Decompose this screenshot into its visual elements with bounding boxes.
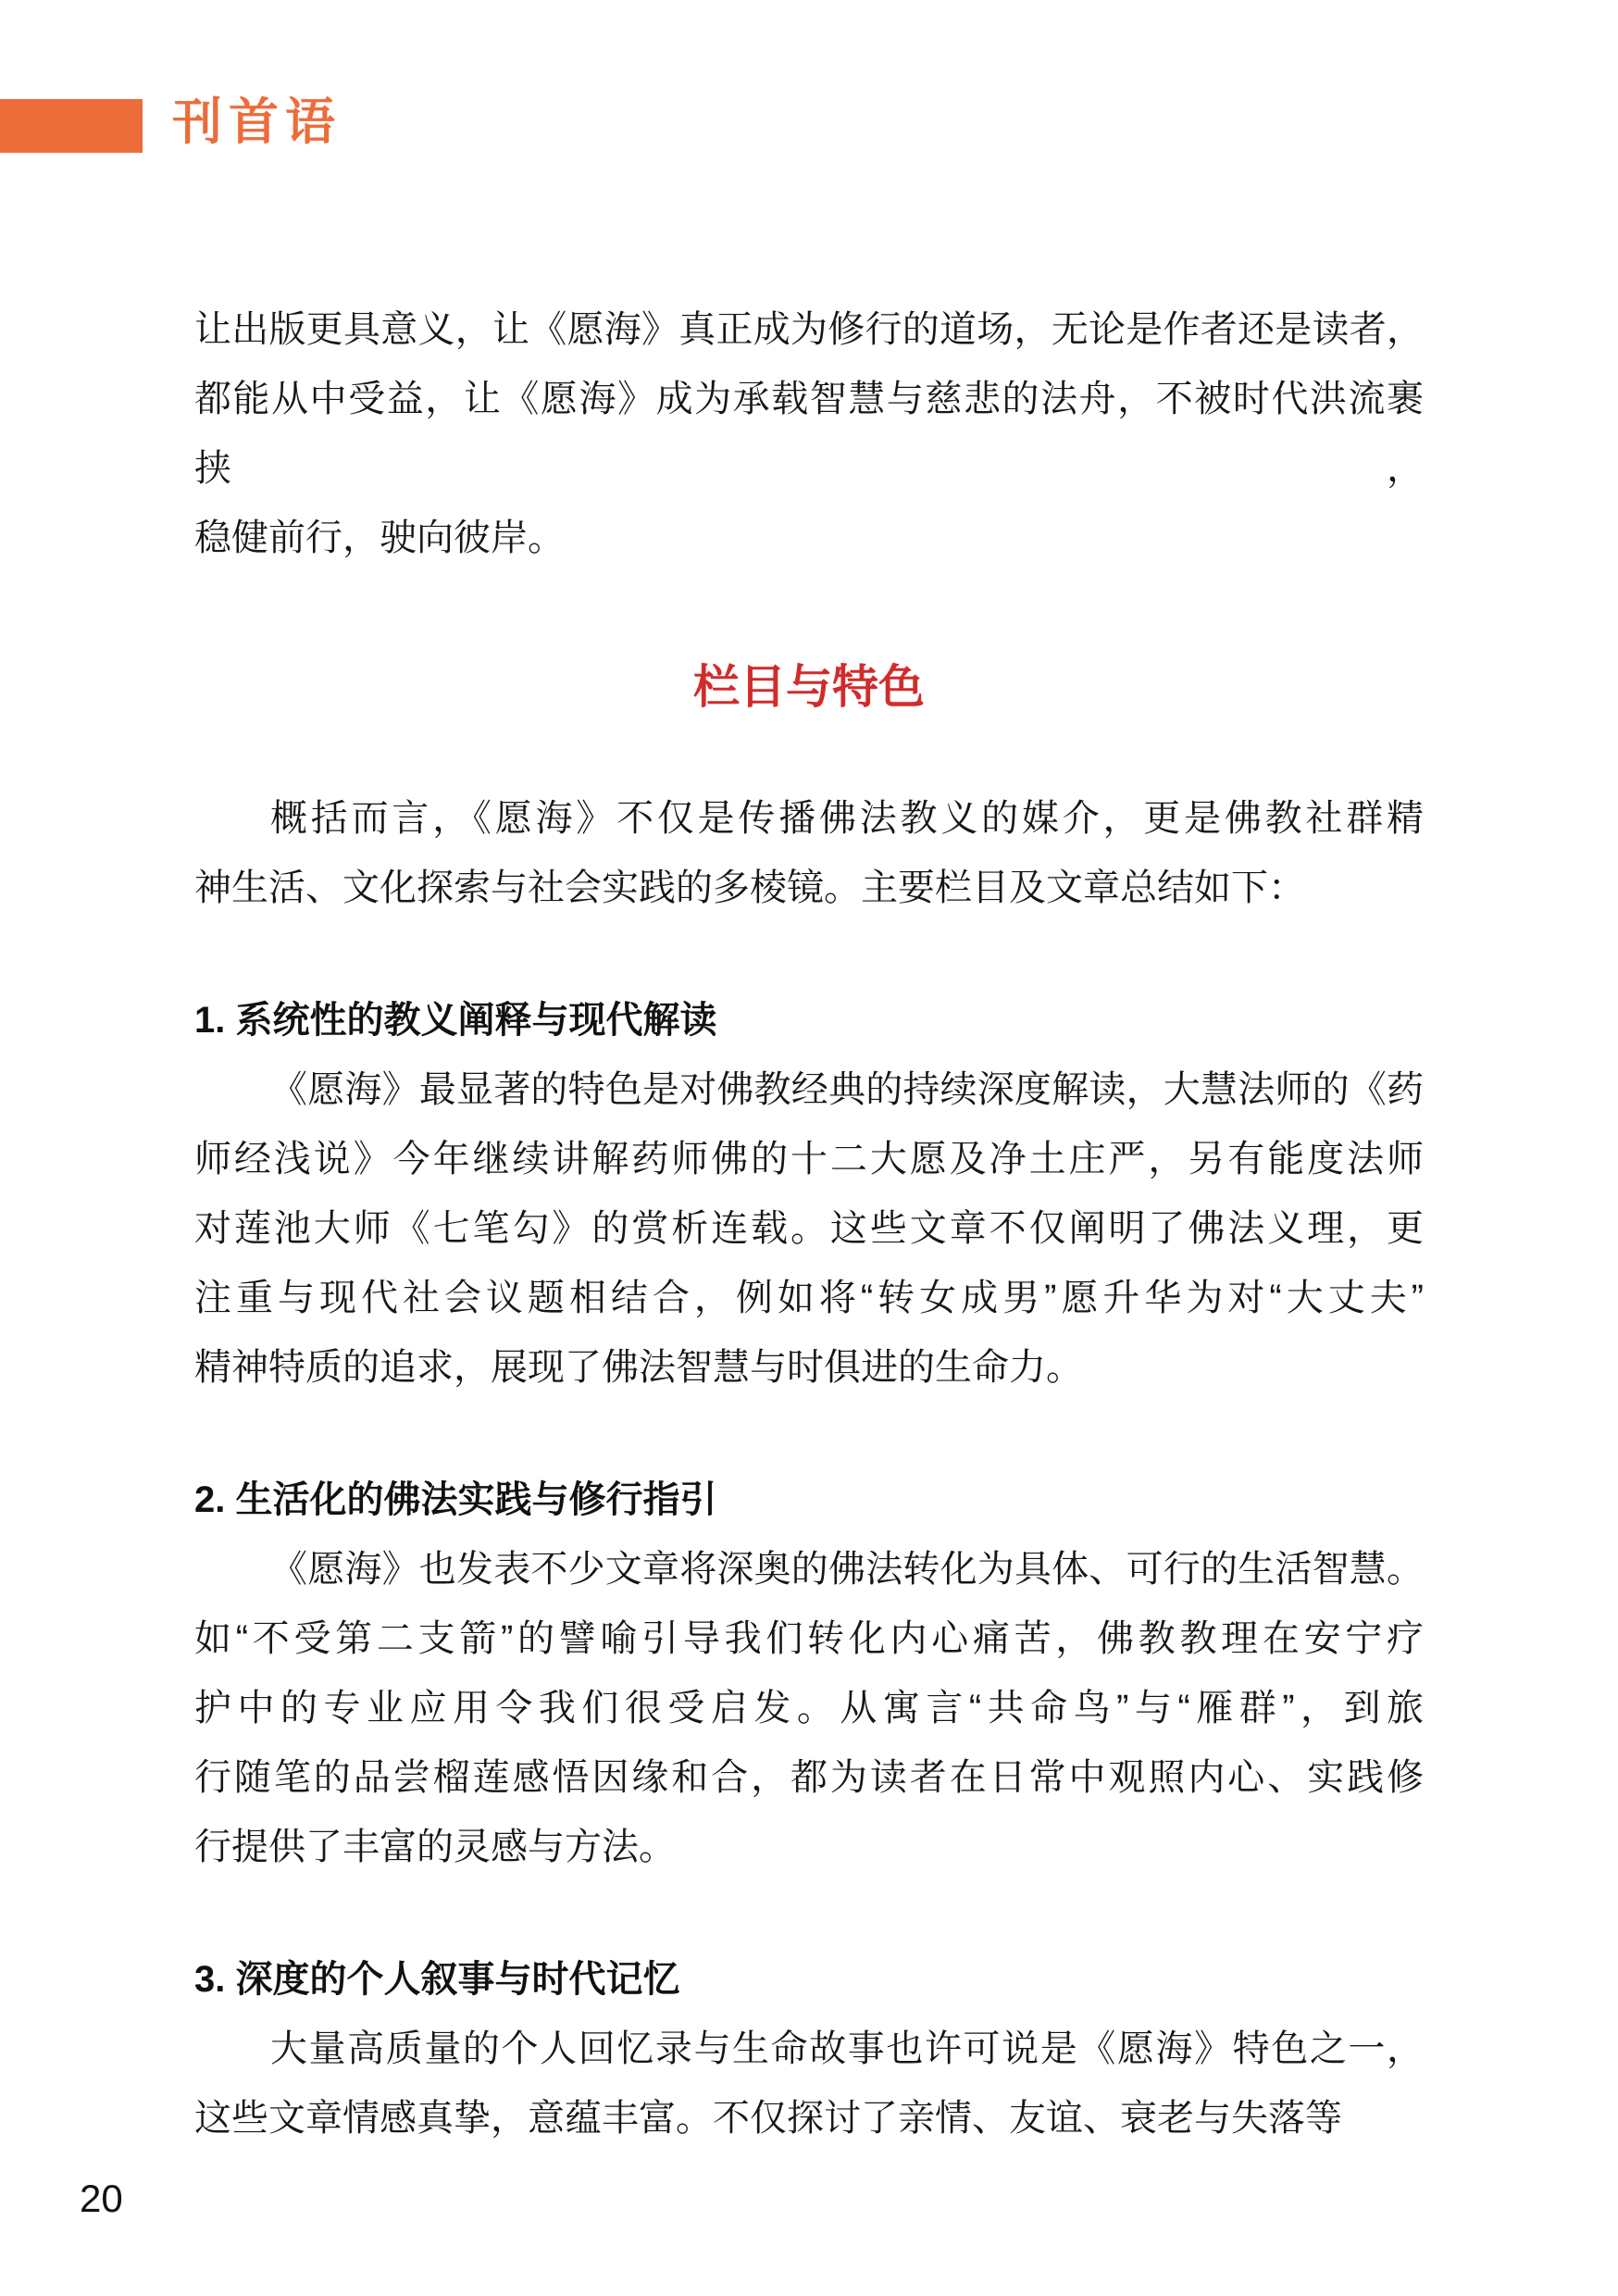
text-line: 如“不受第二支箭”的譬喻引导我们转化内心痛苦，佛教教理在安宁疗 [194,1604,1424,1674]
text-line: 师经浅说》今年继续讲解药师佛的十二大愿及净土庄严，另有能度法师 [194,1125,1424,1194]
intro-paragraph: 让出版更具意义，让《愿海》真正成为修行的道场，无论是作者还是读者， 都能从中受益… [194,295,1424,573]
text-line: 精神特质的追求，展现了佛法智慧与时俱进的生命力。 [194,1333,1424,1403]
text-line: 对莲池大师《七笔勾》的赏析连载。这些文章不仅阐明了佛法义理，更 [194,1194,1424,1264]
text-line: 行随笔的品尝榴莲感悟因缘和合，都为读者在日常中观照内心、实践修 [194,1743,1424,1813]
subsection-paragraph-3: 大量高质量的个人回忆录与生命故事也许可说是《愿海》特色之一， 这些文章情感真挚，… [194,2015,1424,2153]
subsection-paragraph-2: 《愿海》也发表不少文章将深奥的佛法转化为具体、可行的生活智慧。 如“不受第二支箭… [194,1535,1424,1882]
text-line: 概括而言，《愿海》不仅是传播佛法教义的媒介，更是佛教社群精 [194,784,1424,854]
magazine-page: 刊首语 让出版更具意义，让《愿海》真正成为修行的道场，无论是作者还是读者， 都能… [0,0,1618,2296]
text-line: 稳健前行，驶向彼岸。 [194,504,1424,573]
page-number: 20 [80,2176,123,2222]
text-line: 大量高质量的个人回忆录与生命故事也许可说是《愿海》特色之一， [194,2015,1424,2084]
text-line: 注重与现代社会议题相结合，例如将“转女成男”愿升华为对“大丈夫” [194,1264,1424,1333]
header-accent-bar [0,99,143,153]
subsection-paragraph-1: 《愿海》最显著的特色是对佛教经典的持续深度解读，大慧法师的《药 师经浅说》今年继… [194,1055,1424,1403]
subsection-title-1: 1. 系统性的教义阐释与现代解读 [194,986,1424,1055]
article-body: 让出版更具意义，让《愿海》真正成为修行的道场，无论是作者还是读者， 都能从中受益… [194,295,1424,2153]
text-line: 护中的专业应用令我们很受启发。从寓言“共命鸟”与“雁群”，到旅 [194,1674,1424,1743]
text-line: 这些文章情感真挚，意蕴丰富。不仅探讨了亲情、友谊、衰老与失落等 [194,2084,1424,2153]
text-line: 《愿海》最显著的特色是对佛教经典的持续深度解读，大慧法师的《药 [194,1055,1424,1125]
text-line: 行提供了丰富的灵感与方法。 [194,1813,1424,1882]
subsection-title-3: 3. 深度的个人叙事与时代记忆 [194,1945,1424,2015]
text-line: 都能从中受益，让《愿海》成为承载智慧与慈悲的法舟，不被时代洪流裹挟， [194,365,1424,504]
subsection-title-2: 2. 生活化的佛法实践与修行指引 [194,1466,1424,1535]
page-header-label: 刊首语 [172,93,342,152]
text-line: 让出版更具意义，让《愿海》真正成为修行的道场，无论是作者还是读者， [194,295,1424,365]
text-line: 《愿海》也发表不少文章将深奥的佛法转化为具体、可行的生活智慧。 [194,1535,1424,1604]
overview-paragraph: 概括而言，《愿海》不仅是传播佛法教义的媒介，更是佛教社群精 神生活、文化探索与社… [194,784,1424,923]
text-line: 神生活、文化探索与社会实践的多棱镜。主要栏目及文章总结如下： [194,854,1424,923]
section-heading: 栏目与特色 [194,653,1424,722]
